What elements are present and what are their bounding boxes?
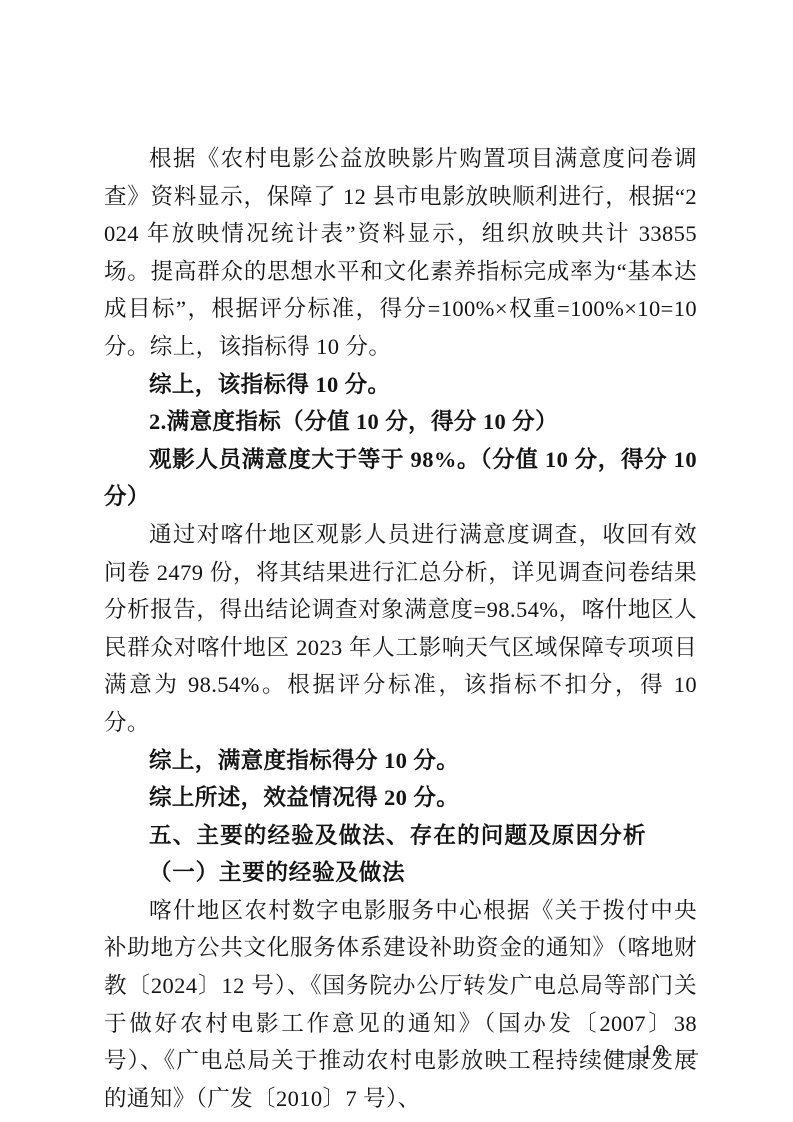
paragraph-satisfaction-indicator-heading: 2.满意度指标（分值 10 分，得分 10 分） xyxy=(104,403,697,441)
page-number-text: — 19 — xyxy=(610,1040,702,1064)
paragraph-score-basis: 根据《农村电影公益放映影片购置项目满意度问卷调查》资料显示，保障了 12 县市电… xyxy=(104,140,697,366)
paragraph-satisfaction-score-summary: 综上，满意度指标得分 10 分。 xyxy=(104,742,697,780)
section-heading-experience-problems: 五、主要的经验及做法、存在的问题及原因分析 xyxy=(104,817,697,855)
paragraph-policy-references: 喀什地区农村数字电影服务中心根据《关于拨付中央补助地方公共文化服务体系建设补助资… xyxy=(104,892,697,1118)
paragraph-satisfaction-threshold-heading: 观影人员满意度大于等于 98%。（分值 10 分，得分 10 分） xyxy=(104,441,697,516)
sub-heading-main-experience: （一）主要的经验及做法 xyxy=(104,854,697,892)
page-number-footer: — 19 — xyxy=(610,1039,702,1065)
document-page: 根据《农村电影公益放映影片购置项目满意度问卷调查》资料显示，保障了 12 县市电… xyxy=(0,0,793,1122)
paragraph-benefit-total-summary: 综上所述，效益情况得 20 分。 xyxy=(104,779,697,817)
document-content: 根据《农村电影公益放映影片购置项目满意度问卷调查》资料显示，保障了 12 县市电… xyxy=(104,140,697,1117)
paragraph-indicator-score-summary: 综上，该指标得 10 分。 xyxy=(104,366,697,404)
paragraph-satisfaction-survey: 通过对喀什地区观影人员进行满意度调查，收回有效问卷 2479 份，将其结果进行汇… xyxy=(104,516,697,742)
